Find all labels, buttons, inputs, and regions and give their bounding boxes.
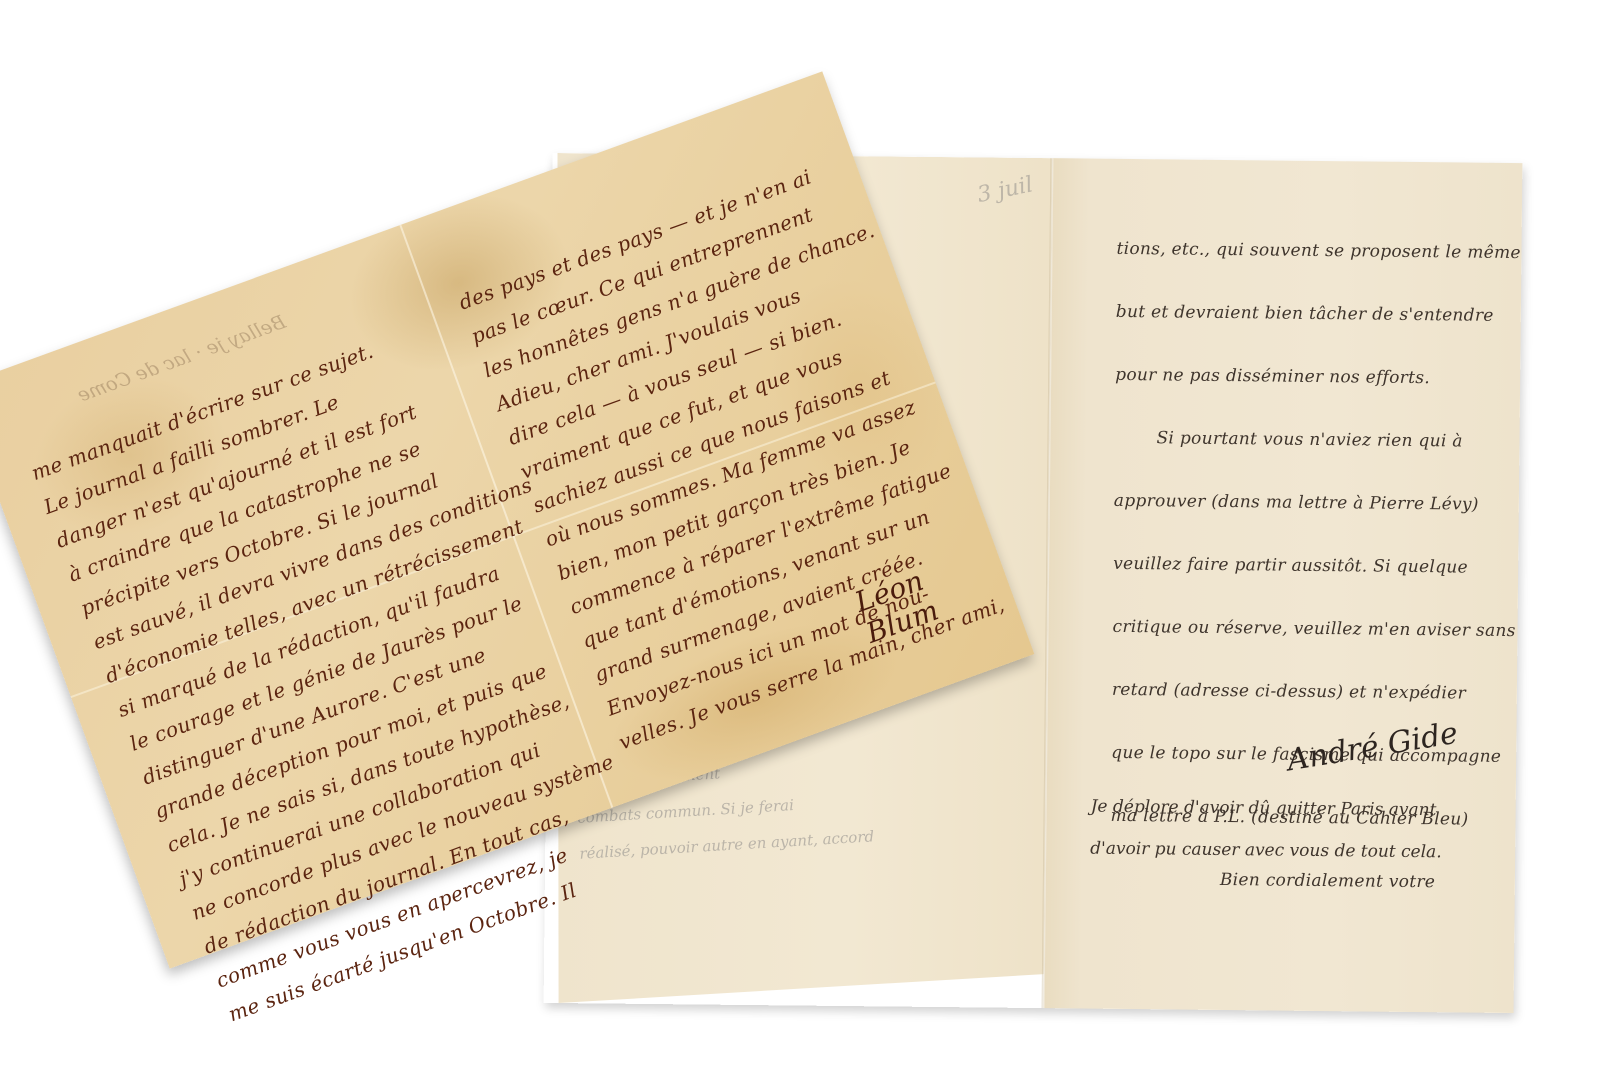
postscript-line: Je déplore d'avoir dû quitter Paris avan… [1090,797,1520,844]
gide-date-mark: 3 juil [975,172,1035,208]
handwritten-line: tions, etc., qui souvent se proposent le… [1116,239,1537,306]
handwritten-line: approuver (dans ma lettre à Pierre Lévy) [1113,491,1534,558]
handwritten-line: Si pourtant vous n'aviez rien qui à [1114,428,1535,495]
handwritten-line: but et devraient bien tâcher de s'entend… [1115,302,1536,369]
handwritten-line: veuillez faire partir aussitôt. Si quelq… [1113,554,1534,621]
gide-postscript: Je déplore d'avoir dû quitter Paris avan… [1090,797,1521,885]
handwritten-line: pour ne pas disséminer nos efforts. [1115,365,1536,432]
postscript-line: d'avoir pu causer avec vous de tout cela… [1090,839,1520,886]
handwritten-line: critique ou réserve, veuillez m'en avise… [1112,617,1533,684]
